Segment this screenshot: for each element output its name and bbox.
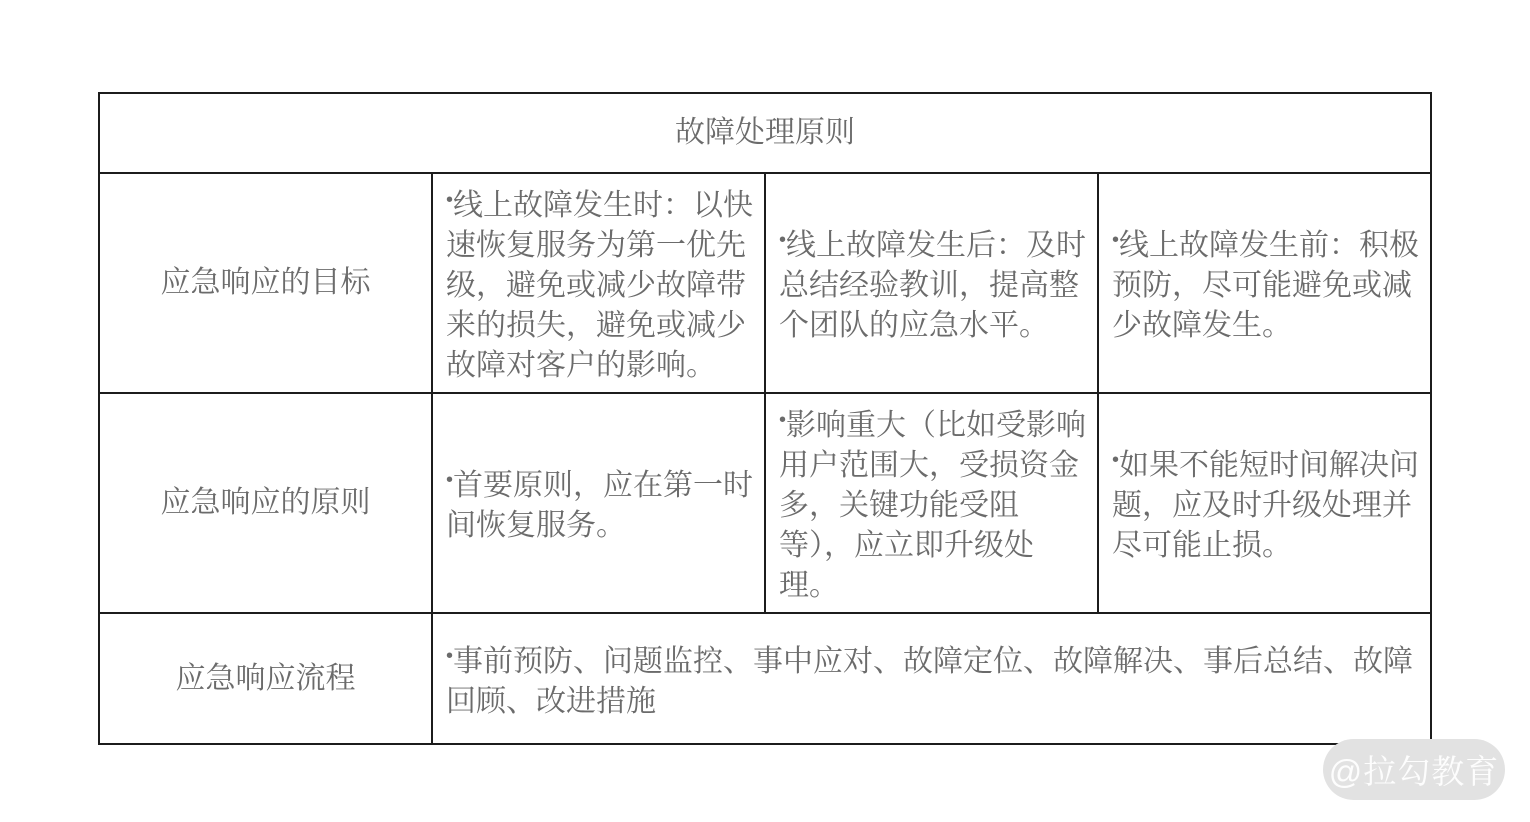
row-label-goals: 应急响应的目标: [99, 173, 432, 393]
page: 故障处理原则 应急响应的目标 •线上故障发生时：以快速恢复服务为第一优先级，避免…: [0, 0, 1530, 822]
principles-cell-1-text: 首要原则，应在第一时间恢复服务。: [446, 469, 753, 542]
bullet-icon: •: [446, 469, 453, 491]
bullet-icon: •: [446, 189, 453, 211]
principles-cell-1: •首要原则，应在第一时间恢复服务。: [432, 393, 765, 613]
table-title: 故障处理原则: [99, 93, 1431, 173]
principles-cell-2-text: 影响重大（比如受影响用户范围大，受损资金多，关键功能受阻等），应立即升级处理。: [779, 409, 1086, 602]
row-label-principles: 应急响应的原则: [99, 393, 432, 613]
goals-cell-1: •线上故障发生时：以快速恢复服务为第一优先级，避免或减少故障带来的损失，避免或减…: [432, 173, 765, 393]
goals-cell-2: •线上故障发生后：及时总结经验教训，提高整个团队的应急水平。: [765, 173, 1098, 393]
goals-cell-3: •线上故障发生前：积极预防，尽可能避免或减少故障发生。: [1098, 173, 1431, 393]
goals-cell-3-text: 线上故障发生前：积极预防，尽可能避免或减少故障发生。: [1112, 229, 1419, 342]
bullet-icon: •: [1112, 449, 1119, 471]
row-label-process: 应急响应流程: [99, 613, 432, 744]
process-cell-text: 事前预防、问题监控、事中应对、故障定位、故障解决、事后总结、故障回顾、改进措施: [446, 645, 1413, 718]
bullet-icon: •: [779, 409, 786, 431]
bullet-icon: •: [779, 229, 786, 251]
lagou-education-watermark: @拉勾教育: [1323, 739, 1505, 800]
principles-cell-2: •影响重大（比如受影响用户范围大，受损资金多，关键功能受阻等），应立即升级处理。: [765, 393, 1098, 613]
bullet-icon: •: [446, 645, 453, 667]
goals-cell-2-text: 线上故障发生后：及时总结经验教训，提高整个团队的应急水平。: [779, 229, 1086, 342]
principles-cell-3: •如果不能短时间解决问题，应及时升级处理并尽可能止损。: [1098, 393, 1431, 613]
table-row: 应急响应流程 •事前预防、问题监控、事中应对、故障定位、故障解决、事后总结、故障…: [99, 613, 1431, 744]
watermark-label: @拉勾教育: [1329, 746, 1500, 793]
fault-handling-table: 故障处理原则 应急响应的目标 •线上故障发生时：以快速恢复服务为第一优先级，避免…: [98, 92, 1432, 745]
goals-cell-1-text: 线上故障发生时：以快速恢复服务为第一优先级，避免或减少故障带来的损失，避免或减少…: [446, 189, 753, 382]
table-row: 应急响应的目标 •线上故障发生时：以快速恢复服务为第一优先级，避免或减少故障带来…: [99, 173, 1431, 393]
process-cell: •事前预防、问题监控、事中应对、故障定位、故障解决、事后总结、故障回顾、改进措施: [432, 613, 1431, 744]
principles-cell-3-text: 如果不能短时间解决问题，应及时升级处理并尽可能止损。: [1112, 449, 1419, 562]
bullet-icon: •: [1112, 229, 1119, 251]
table-row: 应急响应的原则 •首要原则，应在第一时间恢复服务。 •影响重大（比如受影响用户范…: [99, 393, 1431, 613]
table-header-row: 故障处理原则: [99, 93, 1431, 173]
